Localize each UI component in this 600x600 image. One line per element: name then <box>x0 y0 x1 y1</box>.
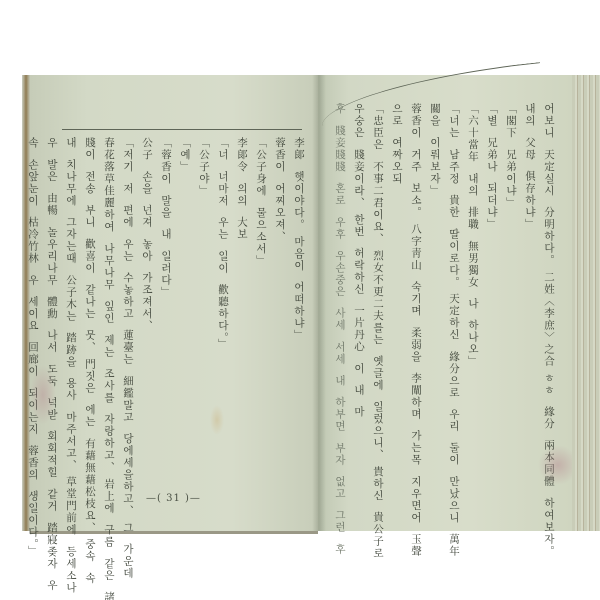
left-page-text: 李郞 햇이야다。 마음이 어떠하냐」蓉香이 어찌오져、「公子身에 물으소서」李郞… <box>23 137 308 517</box>
text-column: 으로 여짜오되 <box>387 103 406 528</box>
text-column: 「公子야」 <box>194 137 213 517</box>
text-column: 「六十當年 내의 排職 無男獨女 나 하나오」 <box>463 103 482 528</box>
text-column: 李郞 햇이야다。 마음이 어떠하냐」 <box>289 137 308 517</box>
text-column: 「별 兄弟나 되더냐」 <box>482 103 501 528</box>
text-column: 「閣下 兄弟이냐」 <box>501 103 520 528</box>
left-page: 李郞 햇이야다。 마음이 어떠하냐」蓉香이 어찌오져、「公子身에 물으소서」李郞… <box>30 75 318 534</box>
text-column: 「蓉香이 말을 내 일러다」 <box>156 137 175 517</box>
text-column: 「너는 남주정 貴한 딸이로다。 天定하신 緣分으로 우리 둘이 만났으니 萬年 <box>444 103 463 528</box>
text-column: 公子 손을 넌져 놓아 가조져서、 <box>137 137 156 517</box>
text-column: 우숭은 賤妾이라、 한번 허락하신 一片丹心 이 내 마 <box>349 103 368 528</box>
book-right-edges <box>572 75 600 531</box>
text-column: 賤이 전송 부니 歡喜이 같나는 뭇、 門짓은 에는 有藉無藉松枝요、 중속 속 <box>80 137 99 517</box>
text-column: 속 손앞눈이 枯冷竹林 우 세이요 回廊이 되이는지 蓉香의 생일이다。」 <box>23 137 42 517</box>
text-column: 후 賤妾賤賤 혼로 우후 우손중은 사세 서세 내 하부면 부자 없고 그런 후 <box>330 103 349 528</box>
text-column: 「忠臣은 不事二君이요、 烈女不更二夫를는 옛글에 일렀으니、 貴하신 貴公子로 <box>368 103 387 528</box>
page-number: —( 31 )— <box>146 493 201 504</box>
text-column: 蓉香이 어찌오져、 <box>270 137 289 517</box>
text-column: 우 발은 由暢 놀우리나무 體勳 나서 도둑 넉받 회회적힐 같거 踏寢좆자 우 <box>42 137 61 517</box>
text-column: 「너 너마저 우는 일이 歡聽하다。」 <box>213 137 232 517</box>
text-column: 어보니 天定실시 分明하다。 二姓〈李庶〉之合 ㅎㅎ 緣分 兩本同體 하여보자。 <box>539 103 558 528</box>
text-column: 「저기 저 편에 우는 수놓하고 蓮臺는 細鑑말고 당에세을하고、 그 가운데 <box>118 137 137 517</box>
text-column: 「예」 <box>175 137 194 517</box>
text-column: 關을 이뤄보자」 <box>425 103 444 528</box>
text-column: 「公子身에 물으소서」 <box>251 137 270 517</box>
right-page-text: 어보니 天定실시 分明하다。 二姓〈李庶〉之合 ㅎㅎ 緣分 兩本同體 하여보자。… <box>330 103 558 528</box>
text-column: 내 치나무에 그자는때 公子木는 踏跡을 용사 마주서고、 草堂門前에 등세소나 <box>61 137 80 517</box>
text-column: 李郞令 의의 大보 <box>232 137 251 517</box>
text-column: 내의 父母 俱存하냐」 <box>520 103 539 528</box>
text-column: 春花落草佳麗하여 나무나무 잎인 제는 조사를 자랑하고、 岩上에 구름 같은 … <box>99 137 118 517</box>
text-column: 蓉香이 거주 보소。 八字靑山 숙기며 柔弱을 李闡하며 가는목 지우면어 玉聲 <box>406 103 425 528</box>
open-book: 李郞 햇이야다。 마음이 어떠하냐」蓉香이 어찌오져、「公子身에 물으소서」李郞… <box>22 75 600 531</box>
right-page: 어보니 天定실시 分明하다。 二姓〈李庶〉之合 ㅎㅎ 緣分 兩本同體 하여보자。… <box>318 75 572 531</box>
book-gutter <box>312 75 326 531</box>
header-rule <box>62 129 302 130</box>
